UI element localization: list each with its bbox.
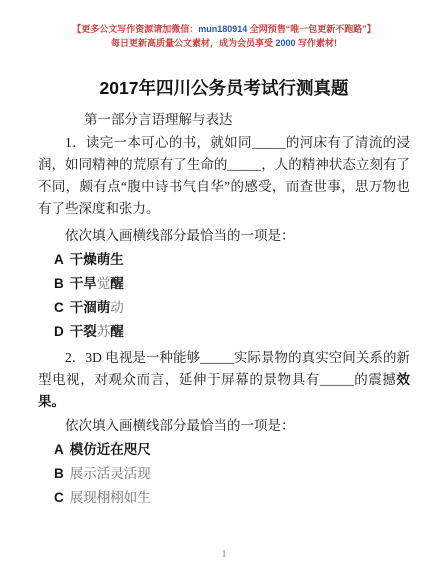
watermark-line-2: 每日更新高质量公文素材，成为会员享受 2000 写作素材! (24, 37, 424, 51)
watermark-text: 【更多公文写作资源请加微信： (72, 24, 198, 34)
question-1-stem: 1．读完一本可心的书，就如同_____的河床有了清流的浸润，如同精神的荒原有了生… (38, 132, 410, 220)
watermark-line-1: 【更多公文写作资源请加微信：mun180914 全网预售“唯一包更新不跑路”】 (24, 23, 424, 37)
question-2-option-a: A模仿近在咫尺 (54, 442, 410, 457)
option-text: 干旱 (70, 276, 97, 291)
question-2-option-c: C展现栩栩如生 (54, 490, 410, 505)
option-letter: A (54, 252, 64, 267)
question-1-prompt: 依次填入画横线部分最恰当的一项是： (38, 228, 410, 244)
question-2-stem: 2．3D 电视是一种能够_____实际景物的真实空间关系的新型电视，对观众而言，… (38, 347, 410, 413)
question-1-option-c: C干涸萌动 (54, 300, 410, 315)
option-text: 模仿近在咫尺 (70, 442, 151, 457)
option-text: 展现栩栩如生 (70, 490, 151, 505)
question-2-stem-text: 2．3D 电视是一种能够_____实际景物的真实空间关系的新型电视，对观众而言，… (38, 350, 410, 387)
watermark-text: 每日更新高质量公文素材，成为会员享受 (111, 38, 276, 48)
question-1-option-d: D干裂苏醒 (54, 324, 410, 339)
watermark-wechat-code: mun180914 (198, 24, 247, 34)
option-text: 动 (110, 300, 124, 315)
option-letter: C (54, 490, 64, 505)
question-1-option-b: B干旱觉醒 (54, 276, 410, 291)
question-2-prompt: 依次填入画横线部分最恰当的一项是： (38, 418, 410, 434)
option-text: 干裂 (70, 324, 97, 339)
option-text: 觉 (97, 276, 111, 291)
page-title: 2017年四川公务员考试行测真题 (38, 77, 410, 100)
option-letter: C (54, 300, 64, 315)
option-text: 干涸萌 (70, 300, 111, 315)
option-letter: B (54, 276, 64, 291)
watermark-text: 全网预售“唯一包更新不跑路”】 (247, 24, 376, 34)
option-text: 苏 (97, 324, 111, 339)
option-text: 干燥萌生 (70, 252, 124, 267)
question-2-option-b: B展示活灵活现 (54, 466, 410, 481)
option-text: 展示活灵活现 (70, 466, 151, 481)
option-text: 醒 (110, 276, 124, 291)
option-letter: D (54, 324, 64, 339)
question-1-option-a: A干燥萌生 (54, 252, 410, 267)
section-heading: 第一部分言语理解与表达 (38, 111, 410, 128)
option-letter: B (54, 466, 64, 481)
option-letter: A (54, 442, 64, 457)
document-page: 【更多公文写作资源请加微信：mun180914 全网预售“唯一包更新不跑路”】 … (0, 0, 448, 580)
option-text: 醒 (110, 324, 124, 339)
watermark-text: 写作素材! (296, 38, 338, 48)
page-number: 1 (0, 549, 448, 560)
watermark-number: 2000 (275, 38, 295, 48)
watermark: 【更多公文写作资源请加微信：mun180914 全网预售“唯一包更新不跑路”】 … (24, 23, 424, 50)
